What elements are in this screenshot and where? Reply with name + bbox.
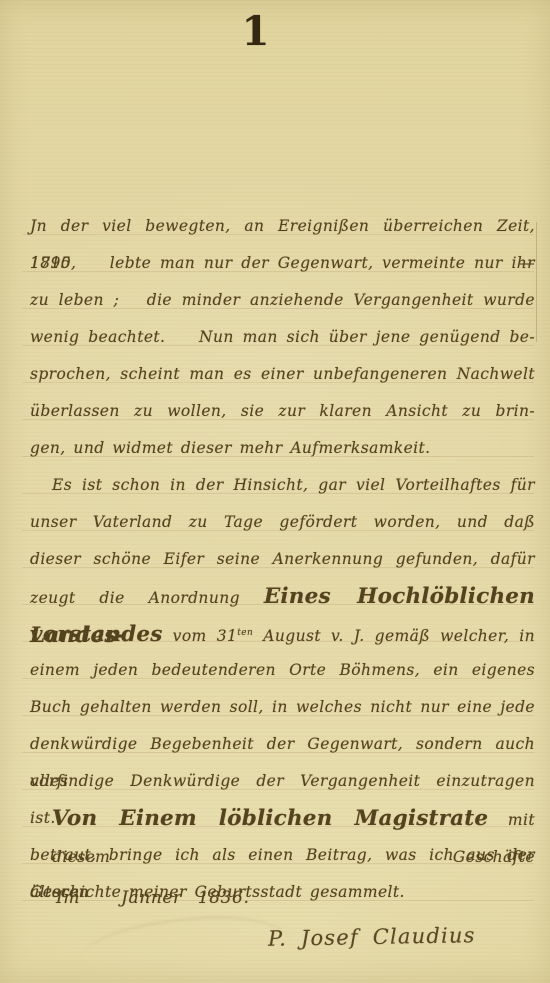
manuscript-line: dieser schöne Eifer seine Anerkennung ge… [30, 541, 535, 578]
manuscript-line: gen, und widmet dieser mehr Aufmerksamke… [30, 430, 535, 467]
line-text: einem jeden bedeutenderen Orte Böhmens, … [30, 661, 535, 679]
manuscript-line: unser Vaterland zu Tage gefördert worden… [30, 504, 535, 541]
line-text: dieser schöne Eifer seine Anerkennung ge… [30, 550, 535, 568]
line-text: zu leben ; die minder anziehende Vergang… [30, 291, 535, 309]
manuscript-line: Jn der viel bewegten, an Ereignißen über… [30, 208, 535, 245]
line-text: Es ist schon in der Hinsicht, gar viel V… [52, 476, 535, 494]
paragraph-2: Es ist schon in der Hinsicht, gar viel V… [30, 467, 535, 800]
manuscript-line: einem jeden bedeutenderen Orte Böhmens, … [30, 652, 535, 689]
date-line: Im Jänner 1836. [56, 888, 249, 908]
author-signature: P. Josef Claudius [268, 923, 476, 951]
manuscript-line: denkwürdige Begebenheit der Gegenwart, s… [30, 726, 535, 763]
manuscript-page: 1 Jn der viel bewegten, an Ereignißen üb… [0, 0, 550, 983]
manuscript-line: vorfindige Denkwürdige der Vergangenheit… [30, 763, 535, 800]
ink-bleed-ghost [79, 913, 291, 960]
manuscript-line: 1815, lebte man nur der Gegenwart, verme… [30, 245, 535, 282]
superscript-text: ten [237, 628, 253, 638]
line-text: unser Vaterland zu Tage gefördert worden… [30, 513, 535, 531]
manuscript-line: überlassen zu wollen, sie zur klaren Ans… [30, 393, 535, 430]
emphasized-text: Von Einem löblichen Magistrate [52, 806, 488, 831]
manuscript-line: wenig beachtet. Nun man sich über jene g… [30, 319, 535, 356]
line-text: wenig beachtet. Nun man sich über jene g… [30, 328, 535, 346]
line-text: gen, und widmet dieser mehr Aufmerksamke… [30, 439, 430, 457]
line-text: zeugt die Anordnung [30, 589, 264, 607]
page-number: 1 [0, 8, 512, 55]
line-text: überlassen zu wollen, sie zur klaren Ans… [30, 402, 535, 420]
manuscript-line: betraut, bringe ich als einen Beitrag, w… [30, 837, 535, 874]
manuscript-text-block: Jn der viel bewegten, an Ereignißen über… [30, 208, 535, 911]
manuscript-line: Von Einem löblichen Magistrate mit diese… [30, 800, 535, 837]
line-text: sprochen, scheint man es einer unbefange… [30, 365, 535, 383]
manuscript-line: Buch gehalten werden soll, in welches ni… [30, 689, 535, 726]
emphasized-text: vorstandes [30, 622, 163, 647]
line-text: 1815, lebte man nur der Gegenwart, verme… [30, 254, 535, 272]
manuscript-line: vorstandes vom 31ten August v. J. gemäß … [30, 615, 535, 652]
line-text: Buch gehalten werden soll, in welches ni… [30, 698, 535, 716]
manuscript-line: zeugt die Anordnung Eines Hochlöblichen … [30, 578, 535, 615]
paragraph-1: Jn der viel bewegten, an Ereignißen über… [30, 208, 535, 467]
manuscript-line: zu leben ; die minder anziehende Vergang… [30, 282, 535, 319]
margin-crease-line [536, 222, 537, 342]
line-text: vom 31 [163, 627, 238, 645]
manuscript-line: sprochen, scheint man es einer unbefange… [30, 356, 535, 393]
manuscript-line: Es ist schon in der Hinsicht, gar viel V… [30, 467, 535, 504]
line-text: August v. J. gemäß welcher, in [253, 627, 535, 645]
